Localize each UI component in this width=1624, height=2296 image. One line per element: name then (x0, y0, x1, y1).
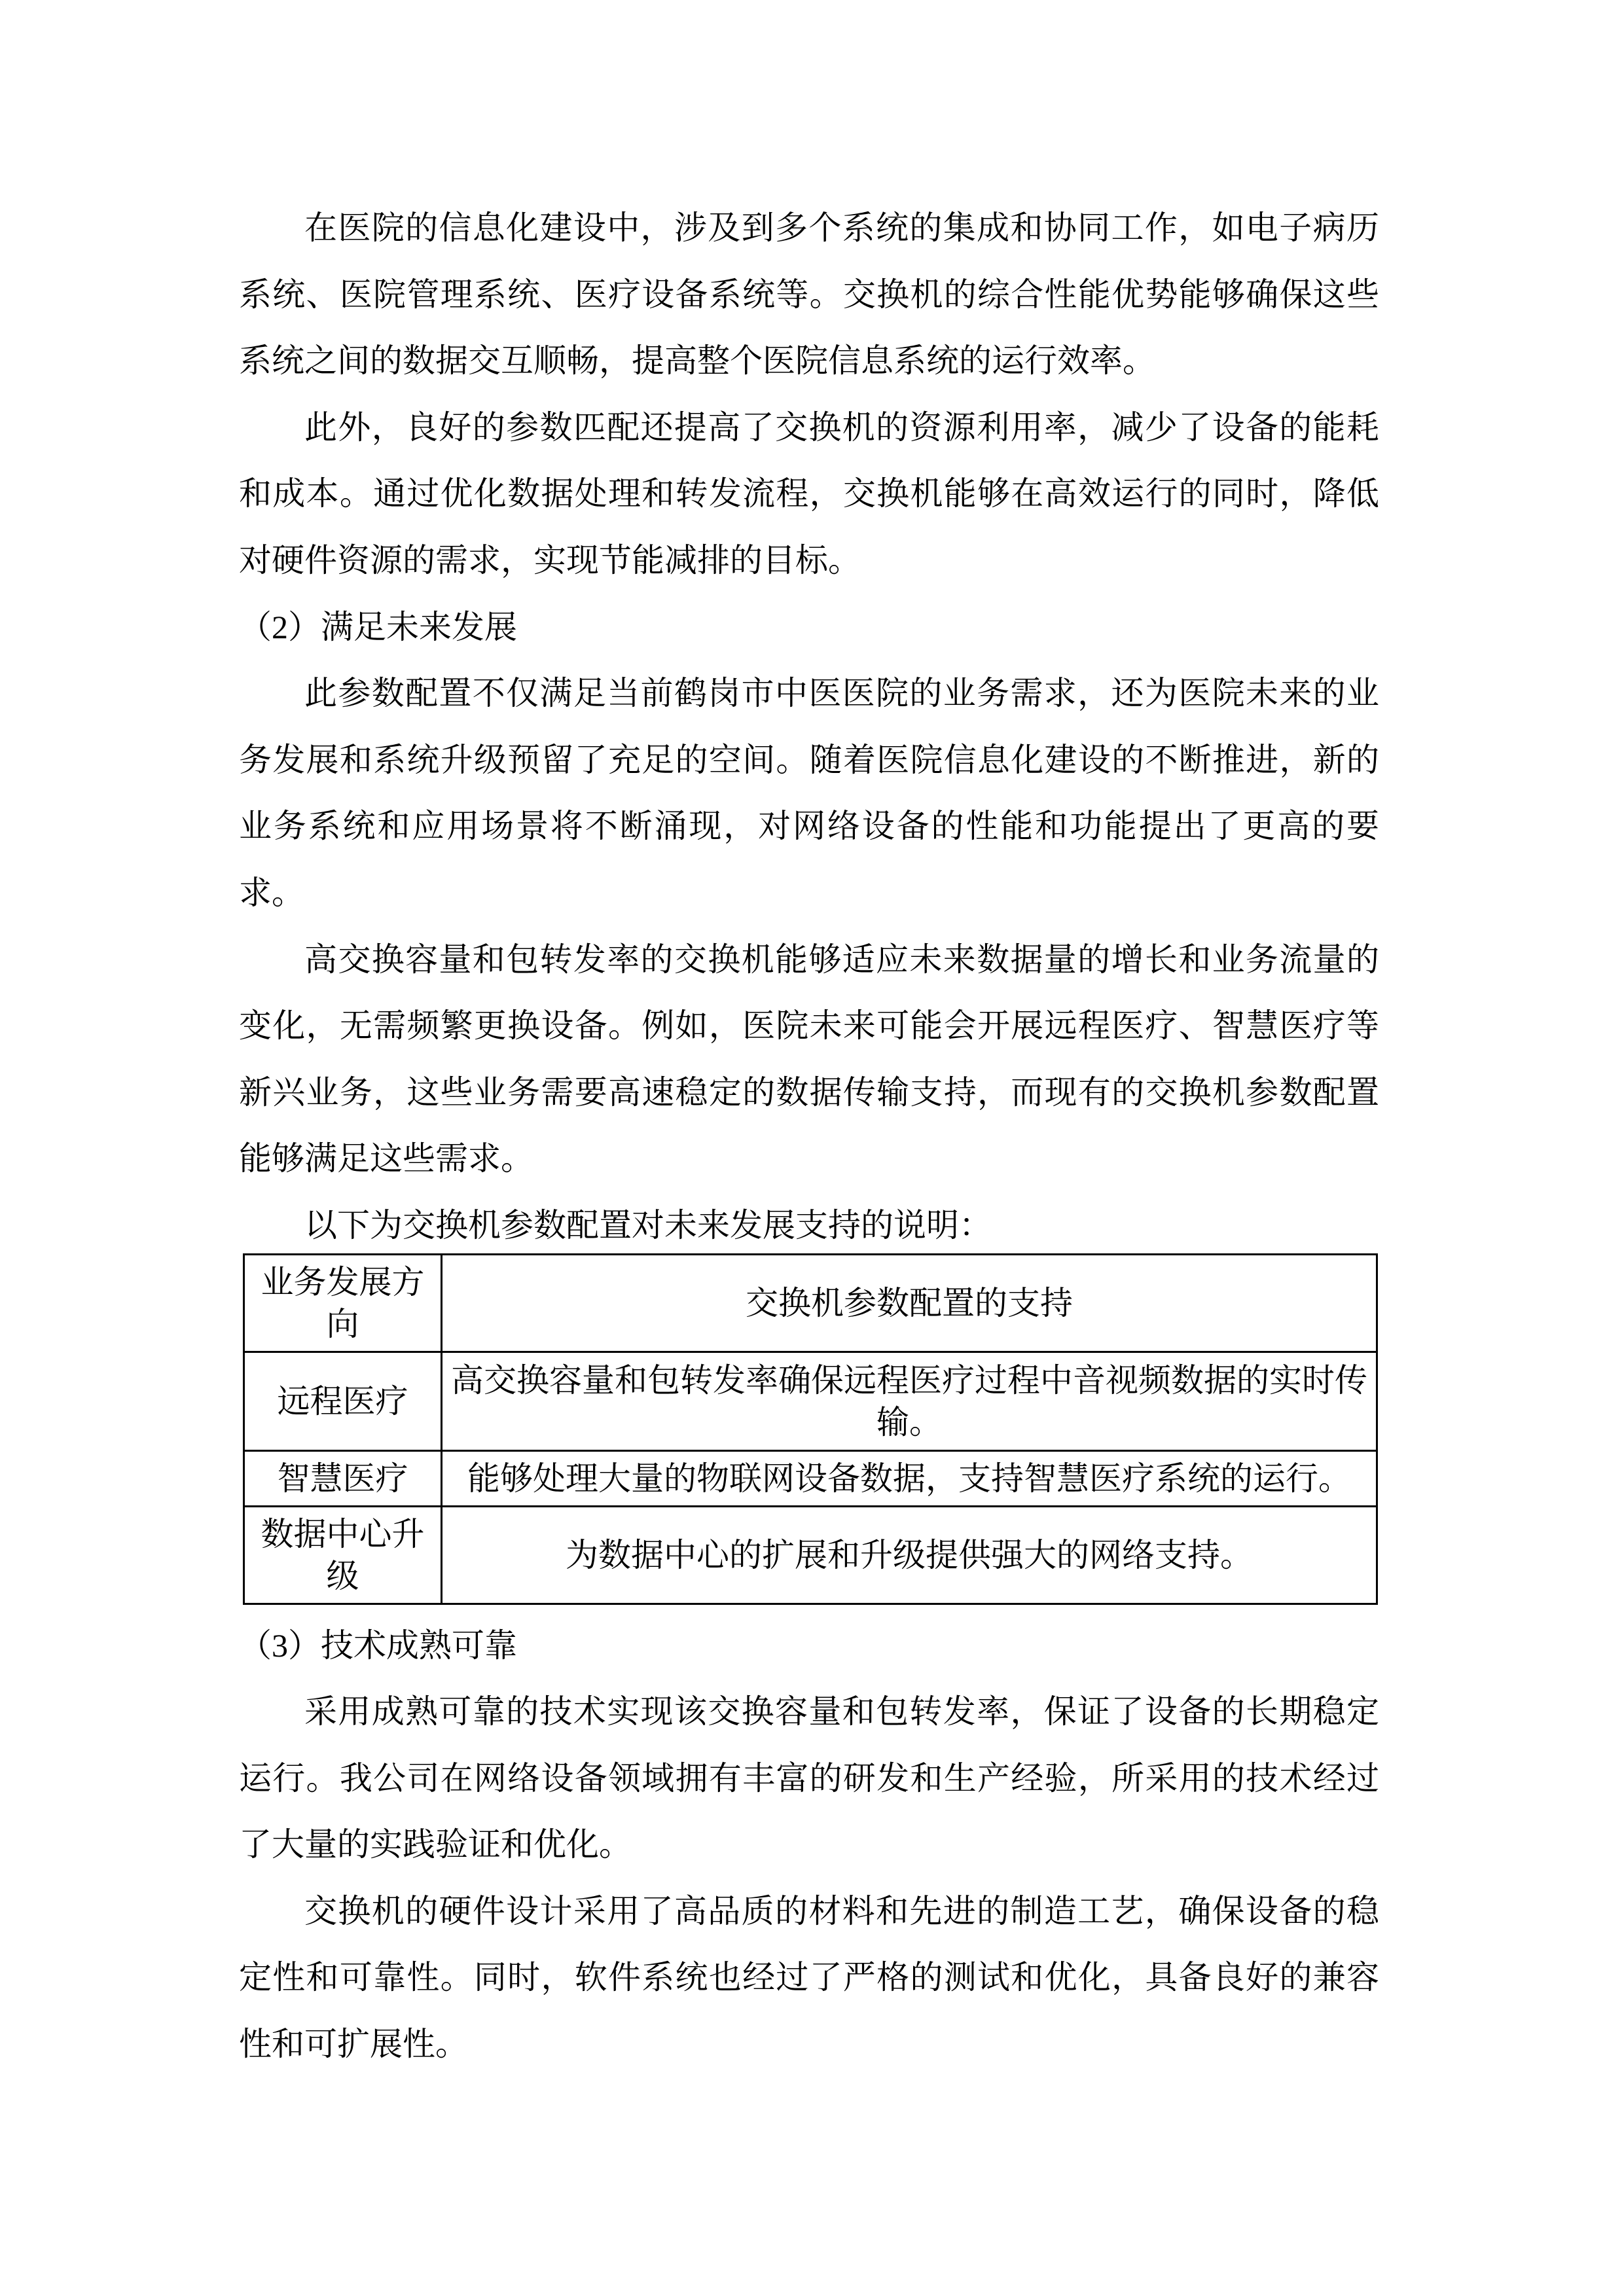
heading-future-development: （2）满足未来发展 (239, 594, 1379, 661)
table-row-smart-medical: 智慧医疗 能够处理大量的物联网设备数据，支持智慧医疗系统的运行。 (244, 1450, 1377, 1506)
table-cell-smart-medical-support: 能够处理大量的物联网设备数据，支持智慧医疗系统的运行。 (442, 1450, 1377, 1506)
paragraph-hardware-software: 交换机的硬件设计采用了高品质的材料和先进的制造工艺，确保设备的稳定性和可靠性。同… (239, 1878, 1379, 2078)
future-support-table: 业务发展方向 交换机参数配置的支持 远程医疗 高交换容量和包转发率确保远程医疗过… (243, 1253, 1378, 1605)
table-intro: 以下为交换机参数配置对未来发展支持的说明： (239, 1193, 1379, 1259)
table-cell-datacenter-label: 数据中心升级 (244, 1506, 442, 1604)
paragraph-capacity-adaptability: 高交换容量和包转发率的交换机能够适应未来数据量的增长和业务流量的变化，无需频繁更… (239, 927, 1379, 1193)
heading-technology-maturity: （3）技术成熟可靠 (239, 1613, 1379, 1679)
document-body: 在医院的信息化建设中，涉及到多个系统的集成和协同工作，如电子病历系统、医院管理系… (239, 195, 1379, 2078)
paragraph-energy-saving: 此外，良好的参数匹配还提高了交换机的资源利用率，减少了设备的能耗和成本。通过优化… (239, 395, 1379, 594)
table-row-telemedicine: 远程医疗 高交换容量和包转发率确保远程医疗过程中音视频数据的实时传输。 (244, 1352, 1377, 1450)
table-cell-smart-medical-label: 智慧医疗 (244, 1450, 442, 1506)
table-cell-datacenter-support: 为数据中心的扩展和升级提供强大的网络支持。 (442, 1506, 1377, 1604)
paragraph-future-needs: 此参数配置不仅满足当前鹤岗市中医医院的业务需求，还为医院未来的业务发展和系统升级… (239, 660, 1379, 926)
table-header-cell-direction: 业务发展方向 (244, 1254, 442, 1352)
table-cell-telemedicine-label: 远程医疗 (244, 1352, 442, 1450)
table-cell-telemedicine-support: 高交换容量和包转发率确保远程医疗过程中音视频数据的实时传输。 (442, 1352, 1377, 1450)
table-row-datacenter-upgrade: 数据中心升级 为数据中心的扩展和升级提供强大的网络支持。 (244, 1506, 1377, 1604)
paragraph-mature-technology: 采用成熟可靠的技术实现该交换容量和包转发率，保证了设备的长期稳定运行。我公司在网… (239, 1679, 1379, 1878)
table-header-row: 业务发展方向 交换机参数配置的支持 (244, 1254, 1377, 1352)
table-header-cell-support: 交换机参数配置的支持 (442, 1254, 1377, 1352)
document-page: 在医院的信息化建设中，涉及到多个系统的集成和协同工作，如电子病历系统、医院管理系… (0, 0, 1624, 2296)
paragraph-integration: 在医院的信息化建设中，涉及到多个系统的集成和协同工作，如电子病历系统、医院管理系… (239, 195, 1379, 395)
